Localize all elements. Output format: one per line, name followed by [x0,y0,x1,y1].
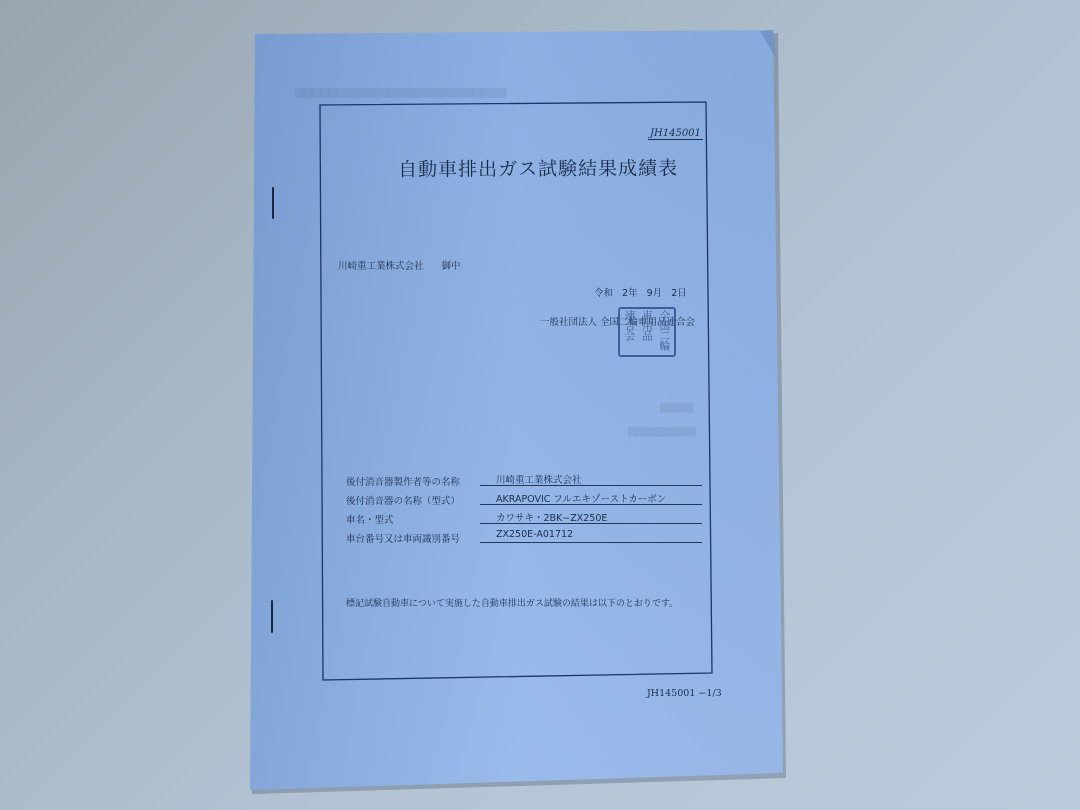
document-sheet: ▆▆▆▆▆▆▆▆▆▆▆▆▆▆▆▆▆▆▆▆▆▆▆▆▆ ▆▆▆▆ ▆▆▆▆▆▆▆▆ … [0,0,1080,810]
field-label: 車台番号又は車両識別番号 [346,531,460,545]
addressee-honorific: 御中 [442,261,461,272]
staple-top [272,187,274,219]
show-through-text: ▆▆▆▆▆▆▆▆ [628,424,696,437]
field-label: 後付消音器製作者等の名称 [346,474,460,488]
addressee: 川崎重工業株式会社御中 [338,258,461,272]
show-through-text: ▆▆▆▆▆▆▆▆▆▆▆▆▆▆▆▆▆▆▆▆▆▆▆▆▆ [295,85,507,98]
show-through-text: ▆▆▆▆ [660,400,694,413]
addressee-name: 川崎重工業株式会社 [338,261,424,272]
seal-column: 連合会 [623,310,636,354]
seal-column: 車用品 [640,310,653,354]
field-row-vehicle-model: 車名・型式 カワサキ・2BK−ZX250E [346,510,706,528]
document-number-top: JH145001 [648,128,703,140]
field-label: 車名・型式 [346,512,394,526]
staple-bottom [271,600,273,633]
field-value: AKRAPOVIC フルエキゾーストカーボン [480,491,702,505]
field-value: 川崎重工業株式会社 [480,472,702,486]
field-row-chassis-number: 車台番号又は車両識別番号 ZX250E-A01712 [346,529,706,547]
official-seal-stamp: 全国二輪 車用品 連合会 [618,307,676,357]
date-era: 令和 [594,288,613,299]
issue-date: 令和 2年 9月 2日 [594,285,687,299]
paper-shape [0,0,1080,810]
date-month: 9月 [647,288,663,299]
date-year: 2年 [622,288,638,299]
field-label: 後付消音器の名称（型式） [346,493,460,507]
field-value: カワサキ・2BK−ZX250E [480,510,702,524]
seal-column: 全国二輪 [658,310,671,354]
document-title: 自動車排出ガス試験結果成績表 [398,154,678,182]
field-value: ZX250E-A01712 [480,529,702,543]
field-row-muffler-maker: 後付消音器製作者等の名称 川崎重工業株式会社 [346,472,706,490]
date-day: 2日 [671,288,687,299]
page-footer: JH145001 −1/3 [647,688,722,699]
result-statement: 標記試験自動車について実施した自動車排出ガス試験の結果は以下のとおりです。 [346,596,678,609]
field-row-muffler-name: 後付消音器の名称（型式） AKRAPOVIC フルエキゾーストカーボン [346,491,706,509]
